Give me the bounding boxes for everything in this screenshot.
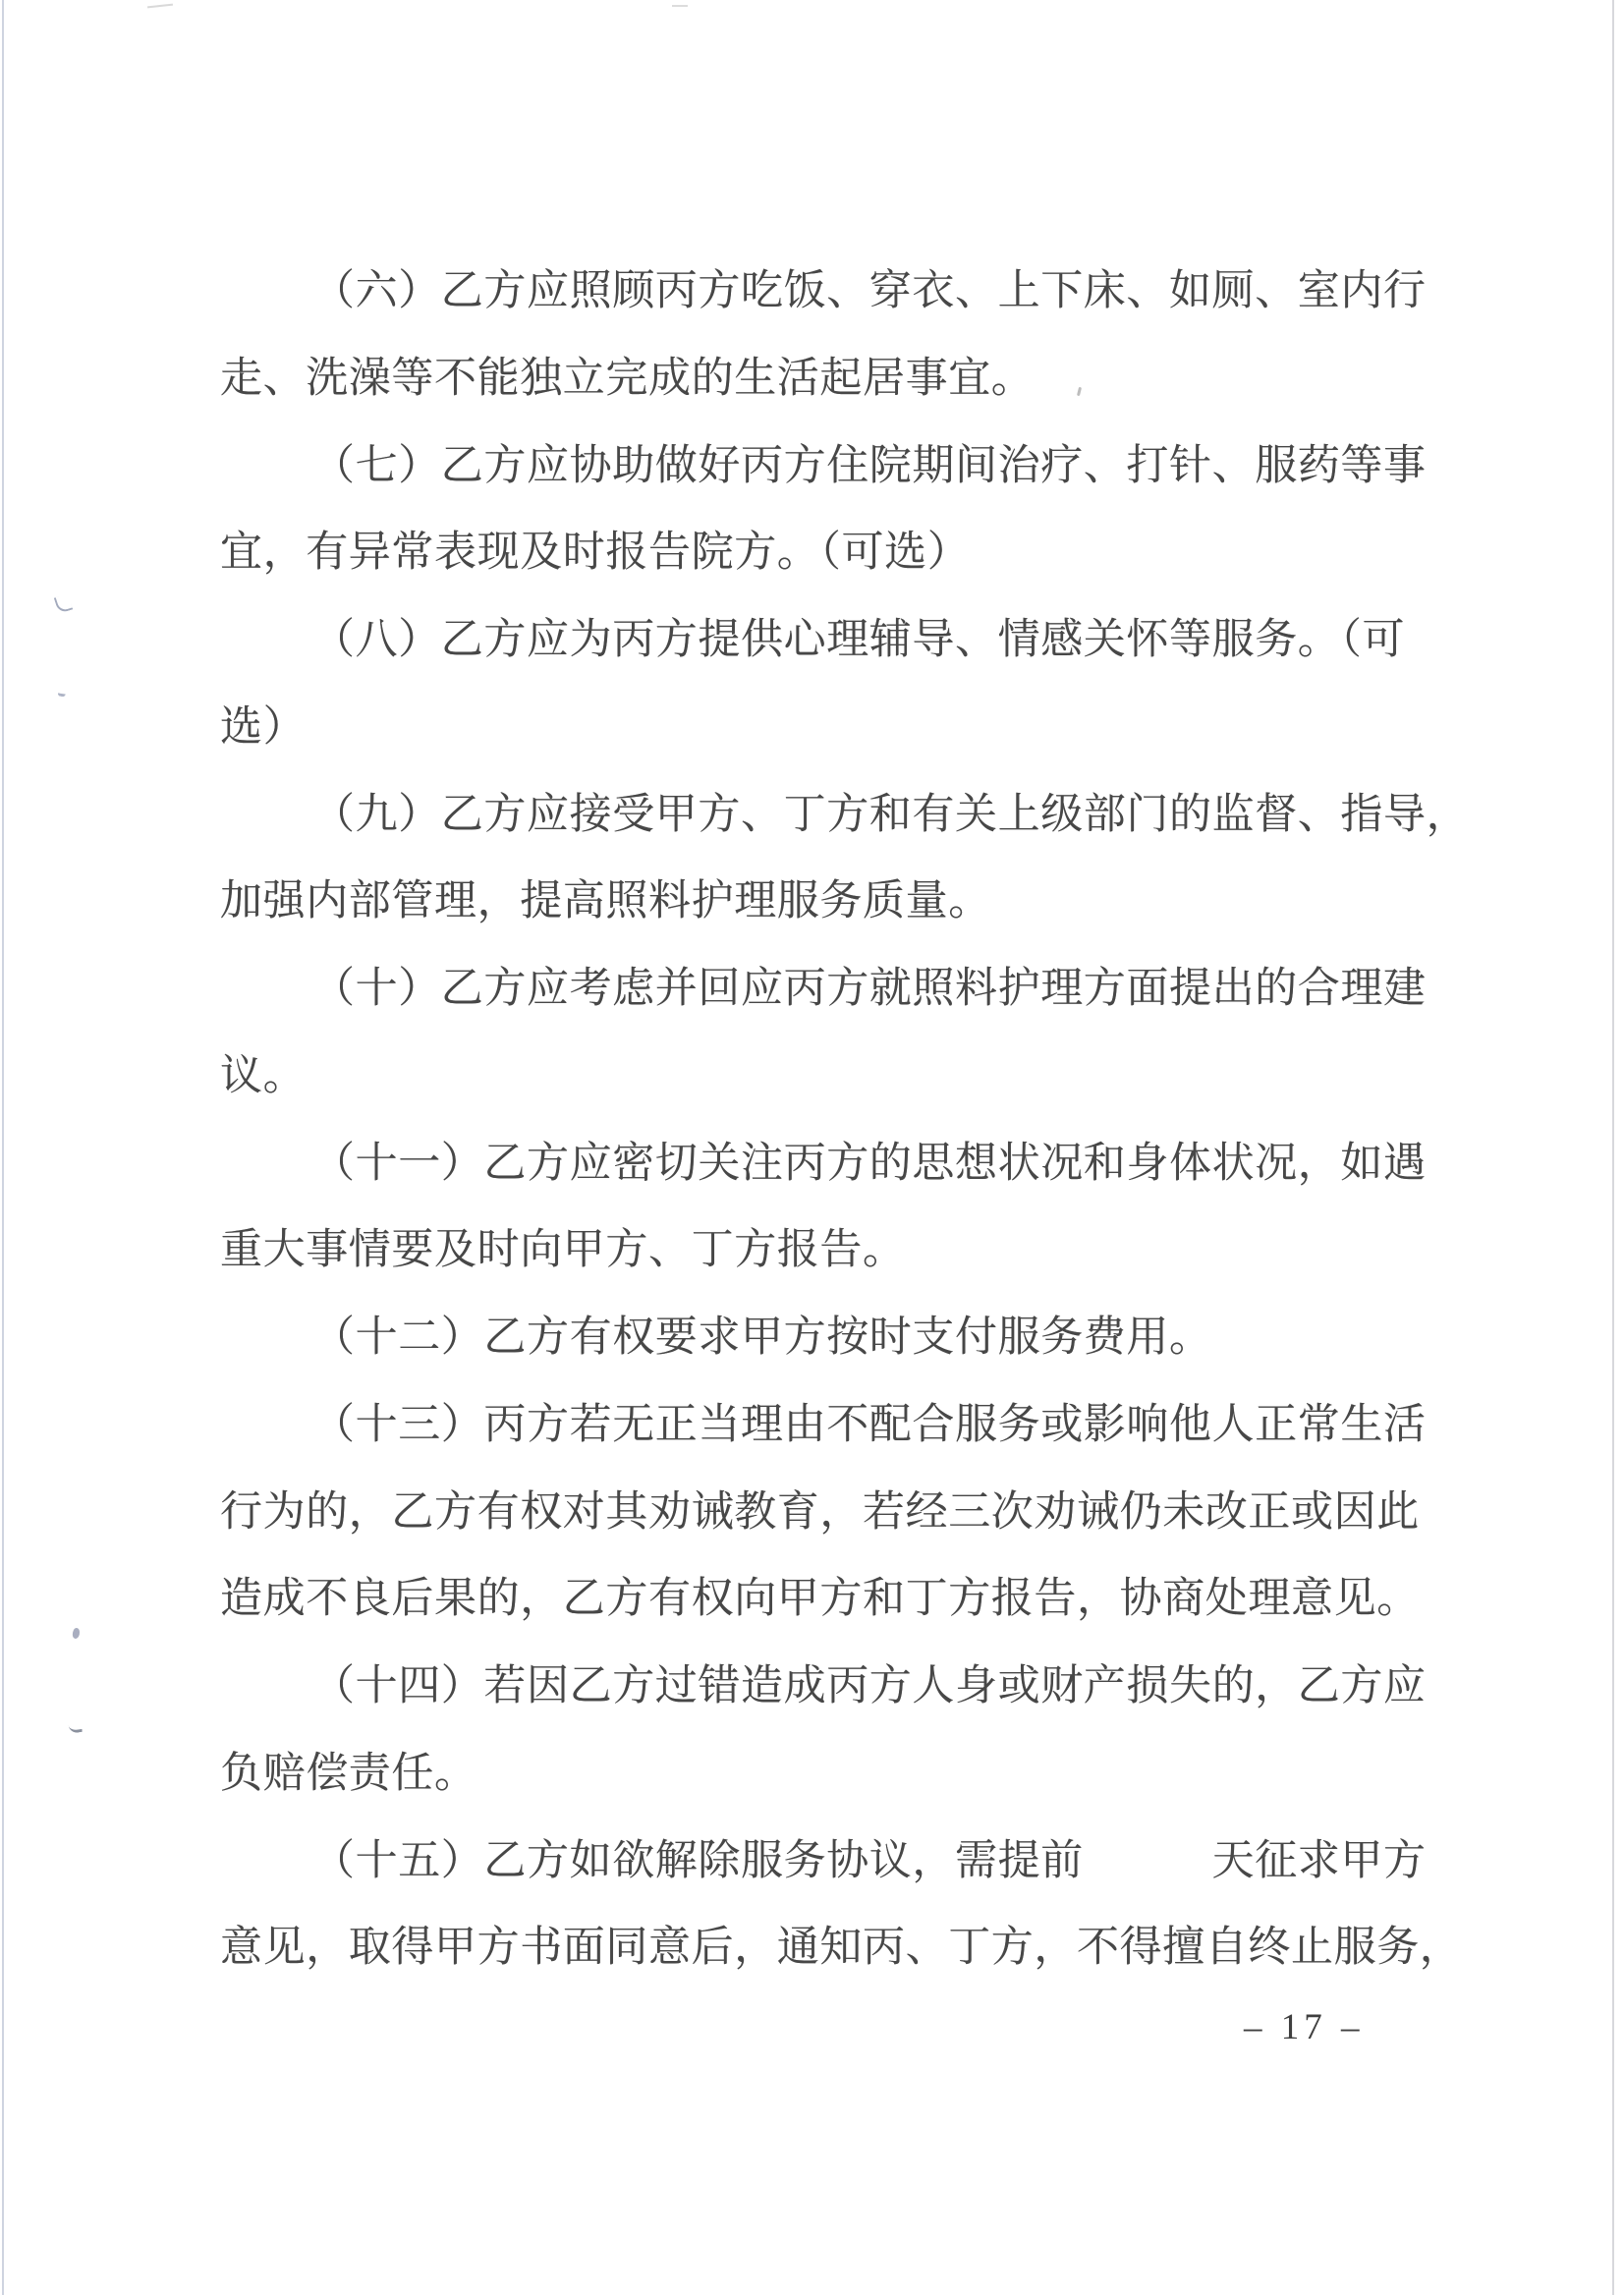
text-line: （十一）乙方应密切关注丙方的思想状况和身体状况，如遇 [312, 1140, 1427, 1189]
scan-artifact [68, 1720, 83, 1734]
text-line: （九）乙方应接受甲方、丁方和有关上级部门的监督、指导， [312, 791, 1469, 840]
text-line: 加强内部管理，提高照料护理服务质量。 [220, 877, 991, 926]
scan-artifact [72, 1627, 81, 1639]
text-line: 议。 [220, 1052, 306, 1101]
text-line: 选） [220, 703, 306, 753]
scan-artifact [672, 5, 688, 7]
scan-artifact [147, 4, 173, 9]
page-number: – 17 – [1244, 2006, 1365, 2048]
text-line: 走、洗澡等不能独立完成的生活起居事宜。 [220, 355, 1034, 404]
text-line: 意见，取得甲方书面同意后，通知丙、丁方，不得擅自终止服务， [220, 1924, 1462, 1973]
text-line: 造成不良后果的，乙方有权向甲方和丁方报告，协商处理意见。 [220, 1575, 1420, 1624]
text-line: （七）乙方应协助做好丙方住院期间治疗、打针、服药等事 [312, 442, 1427, 491]
text-line: （六）乙方应照顾丙方吃饭、穿衣、上下床、如厕、室内行 [312, 267, 1427, 316]
scan-artifact [57, 688, 66, 697]
text-line: （十四）若因乙方过错造成丙方人身或财产损失的，乙方应 [312, 1662, 1427, 1711]
scanned-document-page: （六）乙方应照顾丙方吃饭、穿衣、上下床、如厕、室内行 走、洗澡等不能独立完成的生… [0, 0, 1624, 2295]
text-line: （十）乙方应考虑并回应丙方就照料护理方面提出的合理建 [312, 965, 1427, 1014]
text-line: （十二）乙方有权要求甲方按时支付服务费用。 [312, 1314, 1212, 1363]
text-line: 负赔偿责任。 [220, 1750, 477, 1799]
scan-edge-left-line [2, 0, 4, 2295]
text-line: （十五）乙方如欲解除服务协议，需提前 天征求甲方 [312, 1837, 1427, 1886]
text-line: 重大事情要及时向甲方、丁方报告。 [220, 1226, 906, 1275]
text-line: 行为的，乙方有权对其劝诫教育，若经三次劝诫仍未改正或因此 [220, 1488, 1420, 1538]
scan-artifact [1077, 387, 1082, 396]
text-line: （十三）丙方若无正当理由不配合服务或影响他人正常生活 [312, 1401, 1427, 1450]
text-line: （八）乙方应为丙方提供心理辅导、情感关怀等服务。（可 [312, 616, 1405, 665]
scan-edge-right-line [1612, 0, 1614, 2295]
text-line: 宜，有异常表现及时报告院方。（可选） [220, 529, 970, 578]
scan-artifact [54, 593, 74, 614]
